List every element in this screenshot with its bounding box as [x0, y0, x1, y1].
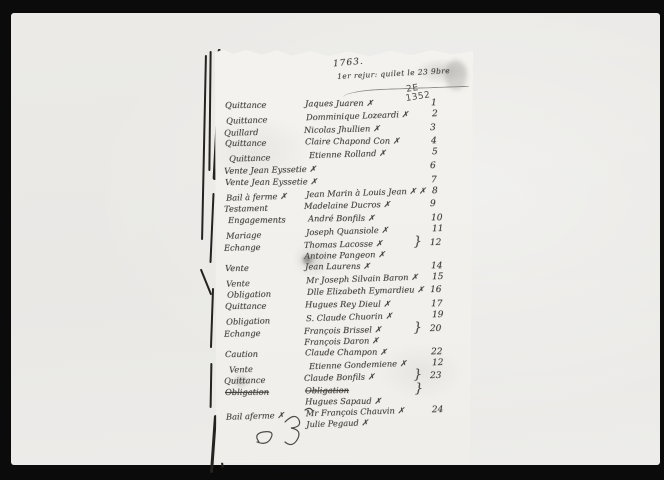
party-name-line: Madelaine Ducros ✗ — [304, 199, 424, 213]
header-inscription: 1er rejur: quilet le 23 9bre — [337, 66, 450, 81]
entry-number: 6 — [424, 159, 466, 173]
entry-party-names: Madelaine Ducros ✗ — [304, 199, 424, 213]
entry-act-type: Quittance — [225, 300, 305, 313]
entry-act-type: Quittance — [225, 137, 305, 150]
entry-party-names — [317, 174, 425, 175]
entry-party-names: Claire Chapond Con ✗ — [305, 136, 425, 148]
party-name-line: Claude Champon ✗ — [305, 346, 425, 358]
entry-act-type: Echange — [224, 240, 304, 255]
paraph-flourish — [245, 404, 331, 454]
entry-party-names: André Bonfils ✗ — [308, 212, 425, 224]
grouping-brace: } — [415, 383, 423, 396]
entry-act-type: Obligation — [225, 385, 305, 398]
entry-number: 12 — [424, 236, 466, 250]
entry-number: 16 — [424, 284, 466, 298]
entry-number: 15 — [426, 270, 468, 284]
entry-number: 9 — [424, 198, 466, 212]
binding-stitch — [210, 363, 212, 408]
entry-party-names: Dlle Elizabeth Eymardieu ✗ — [307, 285, 424, 299]
entry-party-names: Jean Laurens ✗ — [305, 260, 425, 272]
party-name-line: Claire Chapond Con ✗ — [305, 136, 425, 148]
party-name-line: André Bonfils ✗ — [308, 212, 425, 224]
microfilm-frame: 1763. 1er rejur: quilet le 23 9bre 2E 13… — [0, 0, 664, 480]
manuscript-page: 1763. 1er rejur: quilet le 23 9bre 2E 13… — [215, 46, 473, 464]
party-name-line: Etienne Rolland ✗ — [309, 147, 426, 162]
grouping-brace: } — [413, 322, 422, 335]
binding-stitch — [208, 51, 211, 171]
entry-act-type: Vente Jean Eyssetie ✗ — [225, 175, 317, 189]
entry-number: 5 — [426, 145, 468, 159]
binding-stitch — [201, 55, 206, 240]
entry-number: 19 — [426, 308, 468, 322]
party-name-line: Nicolas Jhullien ✗ — [304, 122, 424, 136]
entry-number: 11 — [426, 222, 468, 236]
entry-party-names: Hugues Rey Dieul ✗ — [305, 298, 425, 310]
entry-act-type: Echange — [224, 326, 304, 341]
binding-stitch — [200, 269, 212, 296]
binding-stitch — [210, 288, 214, 348]
entry-number: 2 — [426, 107, 468, 121]
entry-number: 3 — [424, 121, 466, 135]
entry-act-type: Engagements — [228, 213, 308, 226]
entry-act-type: Caution — [225, 347, 305, 360]
party-name-line: Jean Laurens ✗ — [305, 260, 425, 272]
entry-number: 24 — [426, 403, 468, 417]
party-name-line: Hugues Rey Dieul ✗ — [305, 298, 425, 310]
entry-act-type: Vente — [225, 261, 305, 274]
entry-number: 20 — [424, 322, 466, 336]
entry-party-names: Claude Champon ✗ — [305, 346, 425, 358]
binding-stitch — [210, 415, 217, 473]
entry-party-names: Thomas Lacosse ✗Antoine Pangeon ✗ — [304, 237, 413, 261]
entry-act-type: Quittance — [225, 98, 305, 111]
entry-party-names: Nicolas Jhullien ✗ — [304, 122, 424, 136]
entry-party-names: Jaques Juaren ✗ — [305, 97, 425, 109]
entry-party-names: Joseph Quansiole ✗ — [306, 223, 426, 238]
party-name-line: Claude Bonfils ✗ — [304, 371, 413, 384]
header-year: 1763. — [333, 57, 365, 70]
entry-number: 12 — [426, 356, 468, 370]
binding-stitch — [209, 193, 214, 263]
entry-number: 23 — [424, 370, 466, 384]
photo-backdrop: 1763. 1er rejur: quilet le 23 9bre 2E 13… — [11, 13, 660, 465]
party-name-line: Joseph Quansiole ✗ — [306, 223, 426, 238]
entry-party-names: Claude Bonfils ✗ — [304, 371, 413, 384]
entry-party-names: François Brissel ✗François Daron ✗ — [304, 323, 413, 347]
party-name-line: Dlle Elizabeth Eymardieu ✗ — [307, 285, 424, 299]
entries-list: Quittance Jaques Juaren ✗ 1 Quittance Do… — [224, 98, 466, 429]
grouping-brace: } — [413, 236, 422, 249]
entry-party-names: Etienne Rolland ✗ — [309, 147, 426, 162]
entry-number: 8 — [426, 184, 468, 198]
party-name-line: Jaques Juaren ✗ — [305, 97, 425, 109]
